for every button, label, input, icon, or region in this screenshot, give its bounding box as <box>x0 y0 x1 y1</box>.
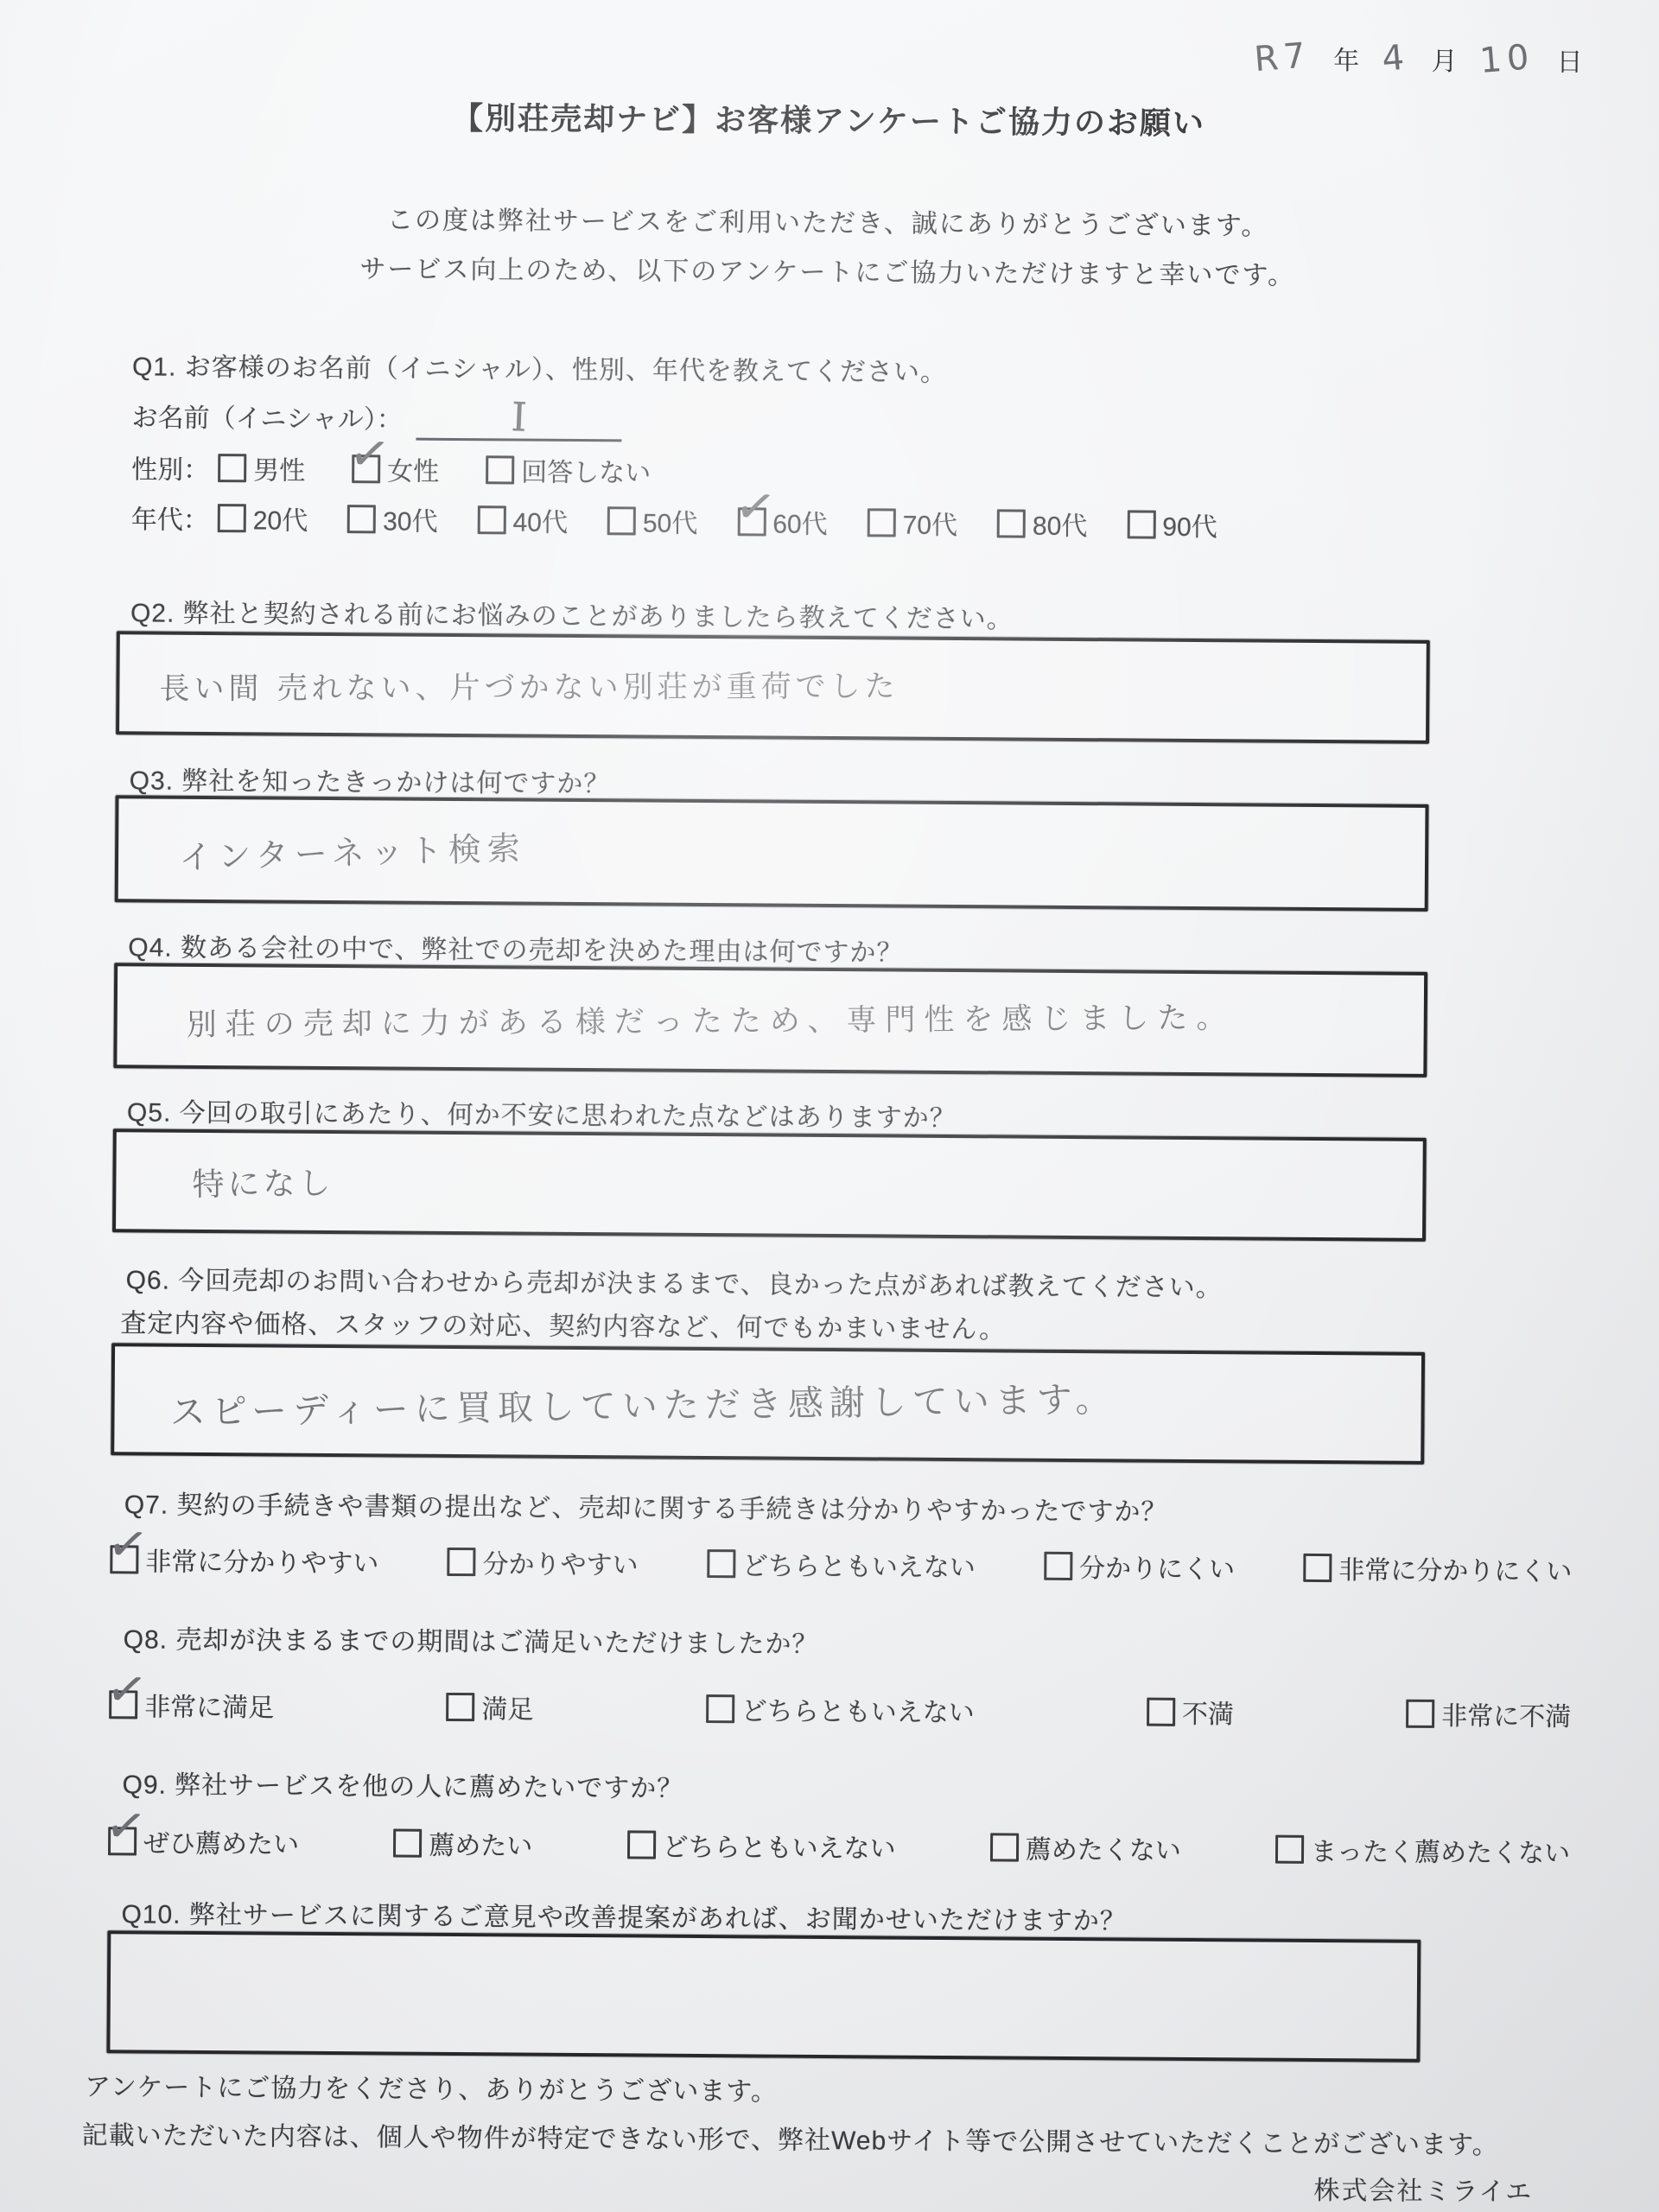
q3-answer-box[interactable]: インターネット検索 <box>115 795 1429 912</box>
q1-heading: Q1. お客様のお名前（イニシャル）、性別、年代を教えてください。 <box>132 345 1605 393</box>
pencil-check-mark: ✓ <box>731 479 779 533</box>
q3-answer: インターネット検索 <box>118 821 526 880</box>
pencil-check-mark: ✓ <box>103 1662 150 1716</box>
checkbox-option: 非常に分かりにくい <box>1303 1548 1572 1588</box>
date-line: R7 年 4 月 10 日 <box>1255 37 1583 79</box>
option-label: 不満 <box>1182 1693 1234 1731</box>
option-label: 非常に満足 <box>144 1686 274 1725</box>
checkbox-option: ✓60代 <box>737 502 828 541</box>
checkbox-icon[interactable] <box>1406 1699 1434 1727</box>
checkbox-icon[interactable] <box>347 505 376 533</box>
footer-disclosure: 記載いただいた内容は、個人や物件が特定できない形で、弊社Webサイト等で公開させ… <box>82 2113 1499 2161</box>
checkbox-icon[interactable] <box>990 1833 1019 1861</box>
q4-answer-box[interactable]: 別荘の売却に力がある様だったため、専門性を感じました。 <box>113 963 1427 1077</box>
checkbox-icon[interactable] <box>997 509 1026 537</box>
option-label: 40代 <box>512 500 568 538</box>
checkbox-option: 薦めたくない <box>990 1827 1181 1867</box>
checkbox-icon[interactable] <box>1275 1834 1304 1863</box>
intro-text: この度は弊社サービスをご利用いただき、誠にありがとうございます。 サービス向上の… <box>0 193 1657 302</box>
checkbox-option: 50代 <box>607 501 698 540</box>
option-label: 薦めたい <box>429 1824 532 1863</box>
company-name: 株式会社ミライエ <box>1313 2169 1533 2209</box>
q9-options: ✓ぜひ薦めたい薦めたいどちらともいえない薦めたくないまったく薦めたくない <box>108 1821 1570 1870</box>
pencil-check-mark: ✓ <box>104 1516 151 1571</box>
q1-age-row: 年代： 20代30代40代50代✓60代70代80代90代 <box>131 498 1257 543</box>
q6-answer: スピーディーに買取していただき感謝しています。 <box>114 1370 1117 1435</box>
q8-heading: Q8. 売却が決まるまでの期間はご満足いただけましたか？ <box>124 1618 1596 1666</box>
option-label: 20代 <box>253 499 308 537</box>
q4-answer: 別荘の売却に力がある様だったため、専門性を感じました。 <box>118 994 1236 1045</box>
checkbox-icon[interactable] <box>446 1692 474 1720</box>
checkbox-option: 40代 <box>477 500 568 539</box>
checkbox-icon[interactable] <box>1147 1697 1175 1726</box>
checkbox-icon[interactable]: ✓ <box>352 454 380 483</box>
q2-answer-box[interactable]: 長い間 売れない、片づかない別荘が重荷でした <box>116 631 1430 744</box>
checkbox-option: 20代 <box>218 499 308 537</box>
q10-answer-box[interactable] <box>106 1930 1421 2063</box>
checkbox-icon[interactable] <box>1127 510 1155 538</box>
date-month-label: 月 <box>1431 40 1457 78</box>
checkbox-option: 70代 <box>868 503 958 542</box>
checkbox-option: どちらともいえない <box>626 1825 895 1865</box>
checkbox-option: どちらともいえない <box>707 1544 976 1584</box>
option-label: どちらともいえない <box>741 1689 975 1729</box>
q1-gender-row: 性別： 男性✓女性回答しない <box>131 448 697 490</box>
checkbox-option: 不満 <box>1147 1693 1234 1732</box>
option-label: 薦めたくない <box>1026 1828 1181 1867</box>
option-label: 80代 <box>1033 505 1088 543</box>
option-label: 分かりやすい <box>482 1542 638 1581</box>
checkbox-icon[interactable]: ✓ <box>737 507 766 536</box>
checkbox-option: 男性 <box>218 448 305 487</box>
q6-answer-box[interactable]: スピーディーに買取していただき感謝しています。 <box>111 1343 1425 1465</box>
q5-answer-box[interactable]: 特になし <box>112 1128 1427 1242</box>
option-label: 90代 <box>1162 505 1217 543</box>
checkbox-icon[interactable] <box>218 504 246 532</box>
checkbox-icon[interactable] <box>607 506 636 535</box>
q6-heading: Q6. 今回売却のお問い合わせから売却が決まるまで、良かった点があれば教えてくだ… <box>126 1258 1599 1306</box>
checkbox-icon[interactable] <box>218 454 246 482</box>
pencil-check-mark: ✓ <box>102 1798 149 1853</box>
checkbox-option: ✓女性 <box>352 449 439 488</box>
checkbox-option: ✓非常に満足 <box>109 1685 274 1724</box>
form-title: 【別荘売却ナビ】お客様アンケートご協力のお願い <box>0 91 1658 146</box>
checkbox-icon[interactable]: ✓ <box>109 1690 137 1719</box>
q5-answer: 特になし <box>116 1157 334 1206</box>
q1-gender-options: 男性✓女性回答しない <box>218 448 697 490</box>
q7-options: ✓非常に分かりやすい分かりやすいどちらともいえない分かりにくい非常に分かりにくい <box>110 1540 1572 1588</box>
date-day-value: 10 <box>1478 37 1535 81</box>
q1-name-field[interactable]: I <box>416 393 622 442</box>
q8-options: ✓非常に満足満足どちらともいえない不満非常に不満 <box>109 1685 1571 1733</box>
checkbox-option: 分かりにくい <box>1044 1547 1235 1586</box>
checkbox-icon[interactable] <box>448 1547 476 1575</box>
option-label: 50代 <box>643 502 698 540</box>
option-label: 男性 <box>253 448 305 486</box>
checkbox-option: 90代 <box>1127 505 1217 543</box>
option-label: どちらともいえない <box>742 1544 976 1584</box>
checkbox-icon[interactable] <box>1044 1551 1072 1580</box>
checkbox-option: 非常に不満 <box>1406 1694 1571 1733</box>
checkbox-icon[interactable] <box>626 1830 655 1859</box>
checkbox-option: 80代 <box>997 504 1088 543</box>
checkbox-icon[interactable] <box>486 455 514 484</box>
option-label: 回答しない <box>521 451 651 490</box>
q1-age-label: 年代： <box>131 498 209 537</box>
checkbox-icon[interactable] <box>707 1549 735 1578</box>
option-label: 非常に分かりにくい <box>1338 1548 1572 1588</box>
q9-heading: Q9. 弊社サービスを他の人に薦めたいですか？ <box>122 1763 1594 1811</box>
checkbox-option: どちらともいえない <box>706 1689 975 1729</box>
checkbox-option: 30代 <box>347 499 438 538</box>
q7-heading: Q7. 契約の手続きや書類の提出など、売却に関する手続きは分かりやすかったですか… <box>124 1483 1597 1531</box>
option-label: どちらともいえない <box>662 1826 895 1866</box>
option-label: 分かりにくい <box>1079 1547 1235 1586</box>
option-label: 非常に分かりやすい <box>145 1541 378 1580</box>
intro-line-2: サービス向上のため、以下のアンケートにご協力いただけますと幸いです。 <box>0 242 1657 302</box>
checkbox-option: 回答しない <box>486 450 651 489</box>
checkbox-option: 分かりやすい <box>447 1542 638 1582</box>
checkbox-icon[interactable] <box>393 1828 422 1857</box>
q1-name-value: I <box>511 393 528 441</box>
option-label: 満足 <box>481 1688 533 1726</box>
option-label: ぜひ薦めたい <box>143 1822 299 1861</box>
checkbox-icon[interactable] <box>477 505 505 534</box>
q2-answer: 長い間 売れない、片づかない別荘が重荷でした <box>119 663 899 709</box>
checkbox-icon[interactable] <box>868 508 896 537</box>
option-label: まったく薦めたくない <box>1311 1830 1570 1870</box>
paper-sheet: R7 年 4 月 10 日 【別荘売却ナビ】お客様アンケートご協力のお願い この… <box>0 0 1659 2212</box>
option-label: 70代 <box>903 504 958 542</box>
date-year-value: R7 <box>1253 35 1313 79</box>
pencil-check-mark: ✓ <box>346 426 393 480</box>
form-content: R7 年 4 月 10 日 【別荘売却ナビ】お客様アンケートご協力のお願い この… <box>0 0 1659 2212</box>
checkbox-option: ✓ぜひ薦めたい <box>108 1821 299 1861</box>
q6-subheading: 査定内容や価格、スタッフの対応、契約内容など、何でもかまいません。 <box>120 1301 1598 1350</box>
checkbox-option: まったく薦めたくない <box>1275 1830 1570 1870</box>
checkbox-icon[interactable]: ✓ <box>110 1545 138 1573</box>
footer-thanks: アンケートにご協力をくださり、ありがとうございます。 <box>85 2065 778 2108</box>
checkbox-icon[interactable]: ✓ <box>108 1827 137 1855</box>
checkbox-option: 薦めたい <box>393 1824 532 1863</box>
date-month-value: 4 <box>1380 37 1410 79</box>
option-label: 非常に不満 <box>1441 1694 1571 1733</box>
q1-gender-label: 性別： <box>131 448 209 486</box>
option-label: 30代 <box>383 499 438 537</box>
checkbox-option: 満足 <box>446 1688 533 1726</box>
checkbox-option: ✓非常に分かりやすい <box>110 1540 378 1580</box>
date-year-label: 年 <box>1333 39 1359 77</box>
checkbox-icon[interactable] <box>1303 1553 1332 1581</box>
option-label: 60代 <box>772 503 828 541</box>
checkbox-icon[interactable] <box>706 1694 734 1723</box>
date-day-label: 日 <box>1556 41 1582 79</box>
option-label: 女性 <box>387 449 439 487</box>
q1-age-options: 20代30代40代50代✓60代70代80代90代 <box>218 499 1257 543</box>
